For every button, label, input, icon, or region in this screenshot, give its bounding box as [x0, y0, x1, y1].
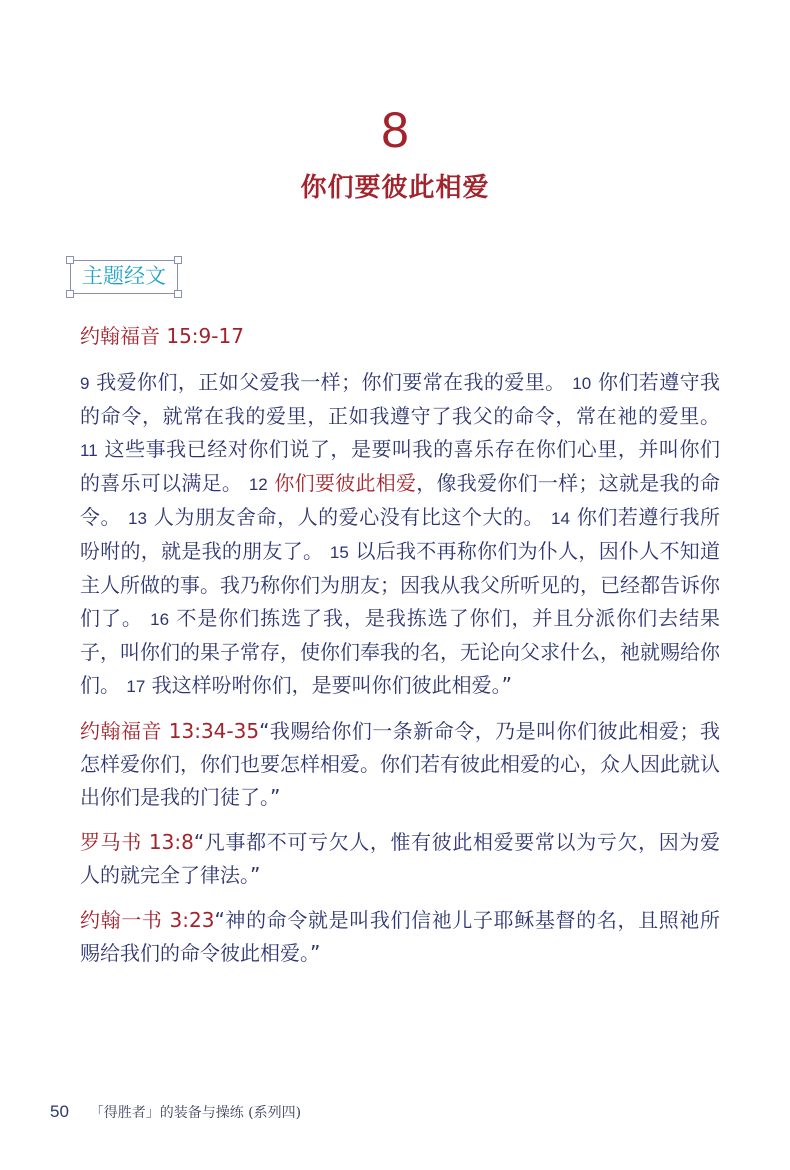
- scripture-content: 约翰福音 15:9-17 9 我爱你们，正如父爱我一样；你们要常在我的爱里。 1…: [80, 320, 720, 982]
- main-passage-text: 9 我爱你们，正如父爱我一样；你们要常在我的爱里。 10 你们若遵守我的命令，就…: [80, 366, 720, 703]
- passage-john-13: 约翰福音 13:34-35“我赐给你们一条新命令，乃是叫你们彼此相爱；我怎样爱你…: [80, 715, 720, 814]
- page-footer: 50 「得胜者」的装备与操练 (系列四): [50, 1102, 301, 1122]
- passage-1john-3: 约翰一书 3:23“神的命令就是叫我们信祂儿子耶稣基督的名，且照祂所赐给我们的命…: [80, 904, 720, 970]
- verse-number: 9: [80, 374, 89, 393]
- theme-scripture-label: 主题经文: [71, 261, 177, 292]
- verse-highlight: 你们要彼此相爱: [274, 471, 416, 495]
- verse-number: 11: [80, 441, 98, 460]
- verse-text: 人为朋友舍命，人的爱心没有比这个大的。: [154, 505, 544, 529]
- passage-reference: 约翰一书 3:23: [80, 908, 214, 932]
- verse-text: 我爱你们，正如父爱我一样；你们要常在我的爱里。: [96, 370, 565, 394]
- verse-number: 17: [126, 677, 145, 696]
- verse-number: 15: [330, 543, 349, 562]
- verse-number: 14: [551, 509, 570, 528]
- main-passage-reference: 约翰福音 15:9-17: [80, 320, 720, 353]
- verse-number: 16: [150, 610, 169, 629]
- theme-scripture-box: 主题经文: [70, 260, 178, 294]
- verse-number: 10: [572, 374, 591, 393]
- page-number: 50: [50, 1102, 69, 1121]
- passage-romans-13: 罗马书 13:8“凡事都不可亏欠人，惟有彼此相爱要常以为亏欠，因为爱人的就完全了…: [80, 826, 720, 892]
- passage-reference: 罗马书 13:8: [80, 830, 194, 854]
- book-title: 「得胜者」的装备与操练 (系列四): [90, 1105, 301, 1121]
- chapter-title: 你们要彼此相爱: [0, 168, 790, 208]
- verse-number: 13: [128, 509, 147, 528]
- passage-reference: 约翰福音 13:34-35: [80, 719, 259, 743]
- verse-text: 我这样吩咐你们，是要叫你们彼此相爱。”: [152, 673, 512, 697]
- verse-number: 12: [249, 475, 268, 494]
- chapter-number: 8: [0, 100, 790, 160]
